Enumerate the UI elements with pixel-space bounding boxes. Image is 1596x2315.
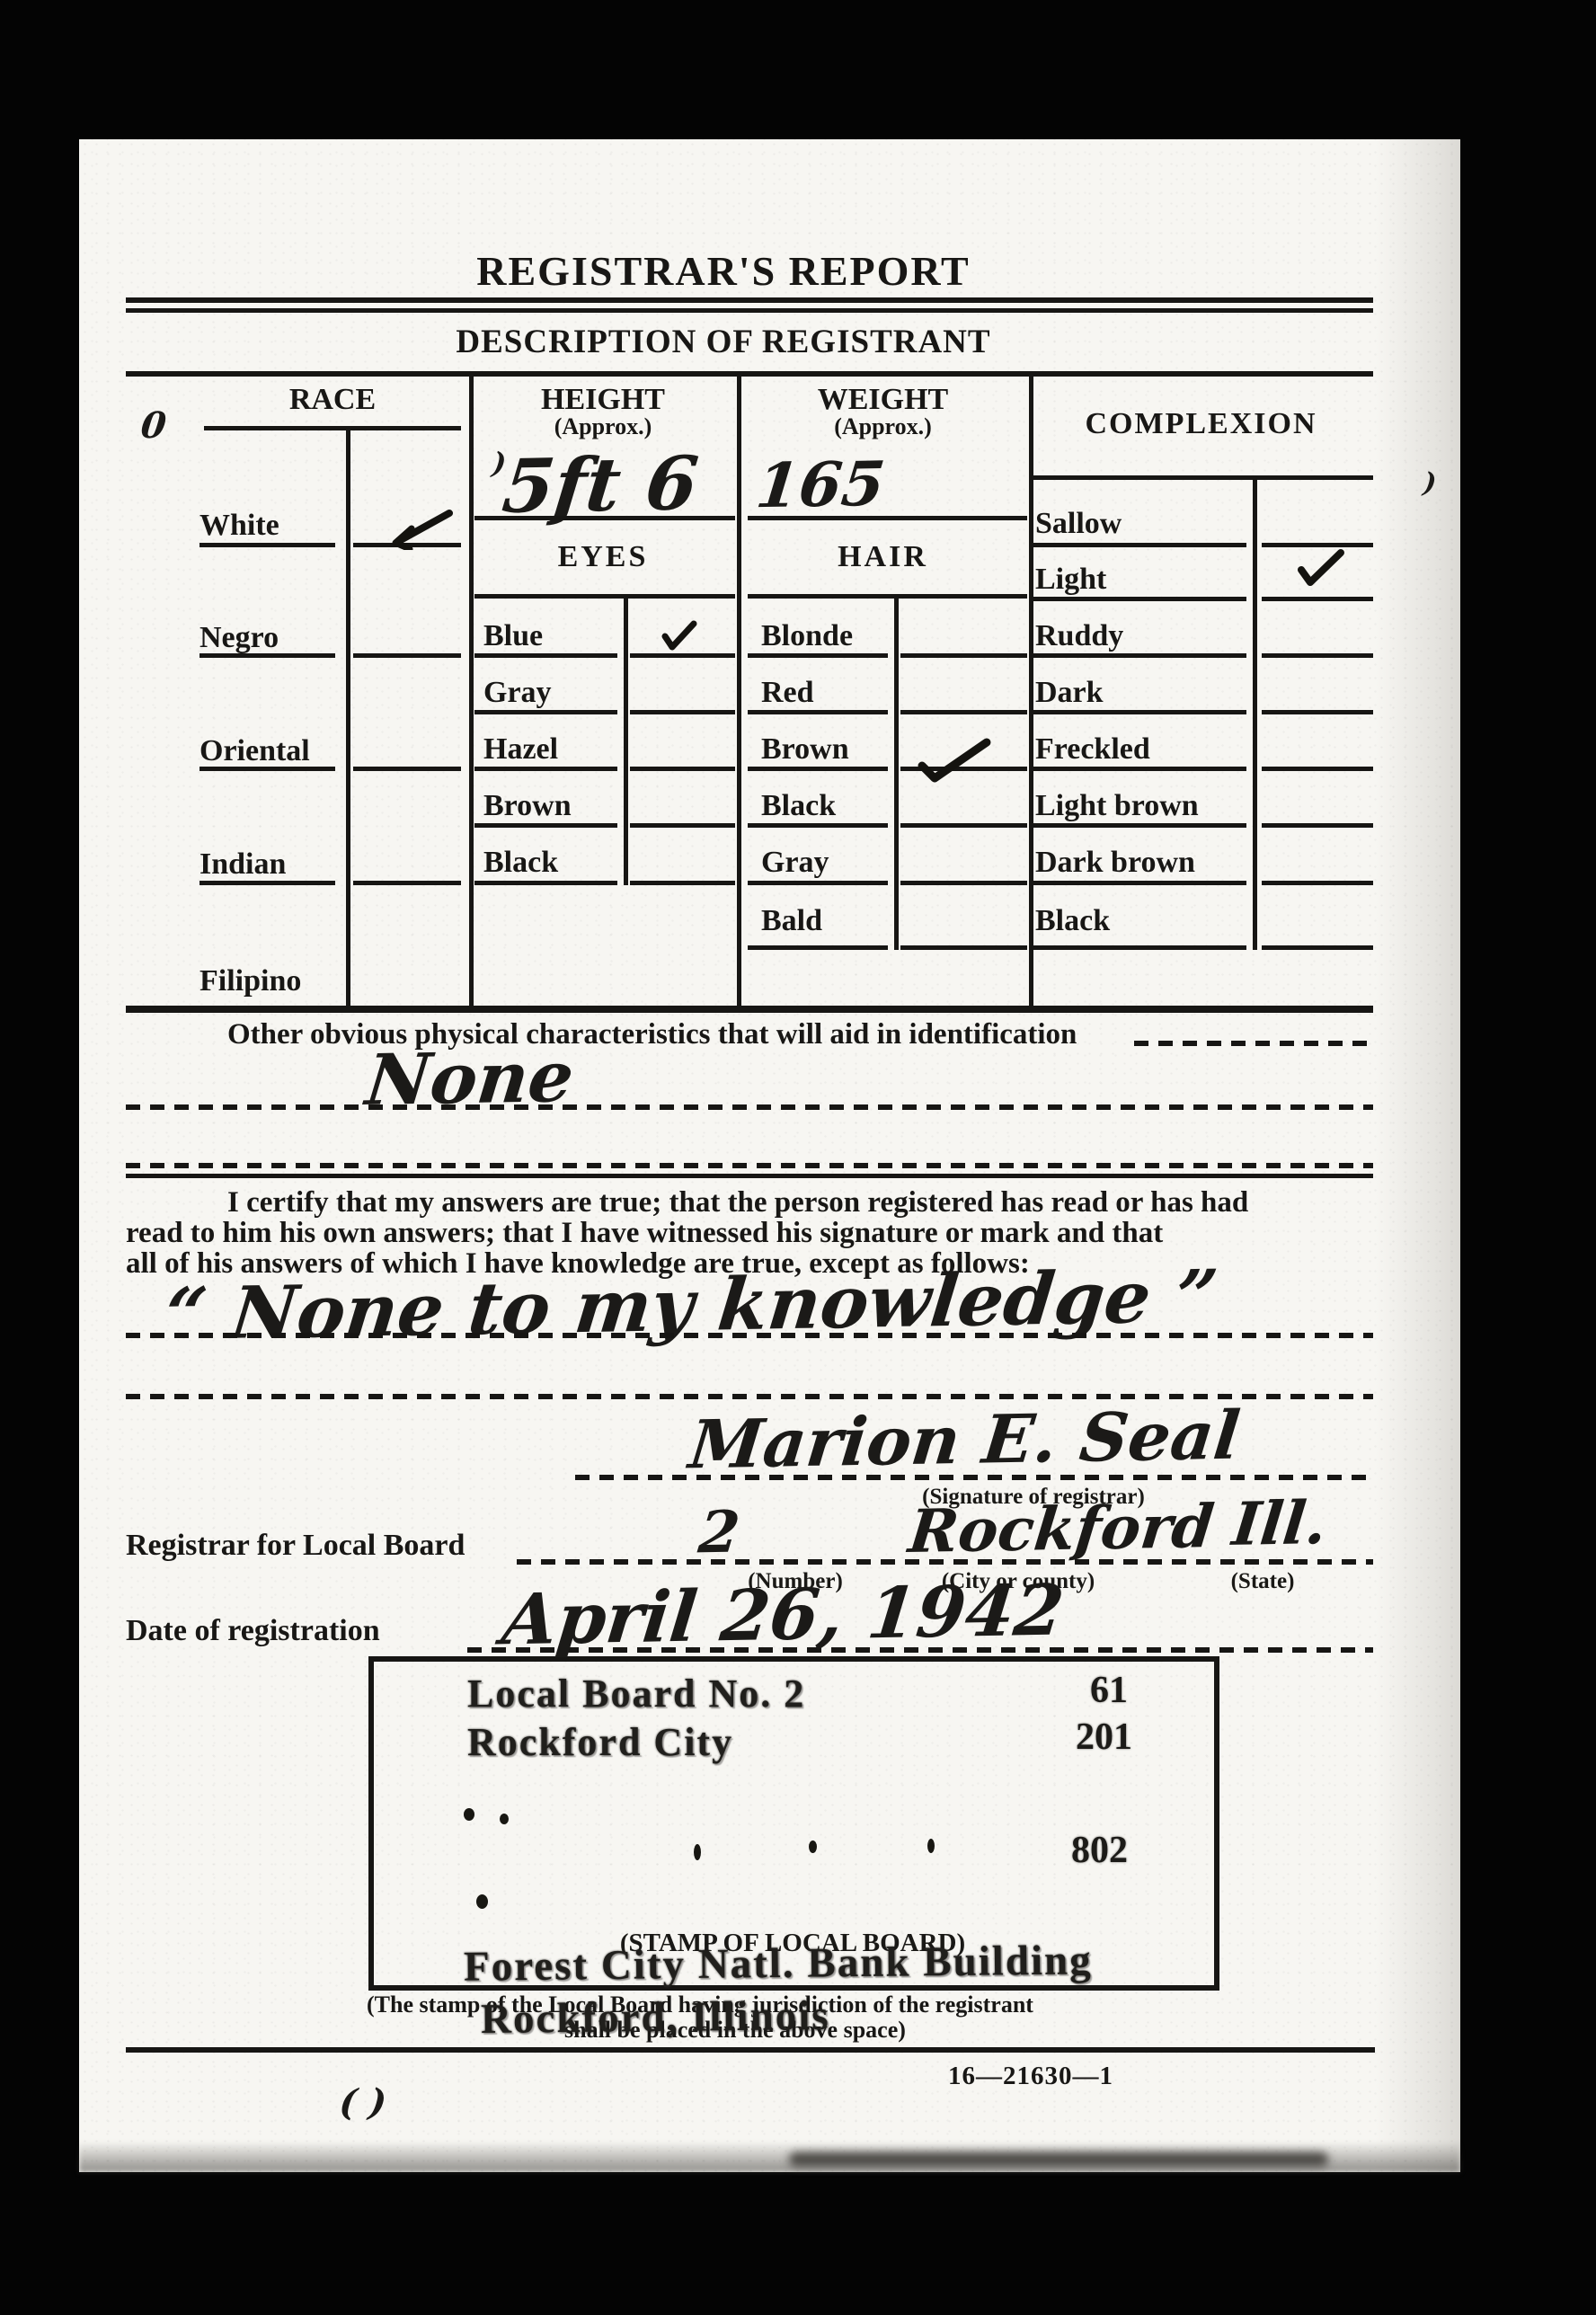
complexion-option-label: Black bbox=[1035, 903, 1110, 939]
table-vline-3 bbox=[1029, 371, 1033, 1012]
blank-line-1 bbox=[126, 1104, 1373, 1110]
height-value-line bbox=[474, 516, 735, 520]
hair-option-label: Red bbox=[761, 675, 814, 711]
eyes-check-underline bbox=[630, 767, 735, 771]
eyes-underline bbox=[474, 881, 617, 885]
table-vline-1 bbox=[469, 371, 474, 1012]
eyes-option-label: Gray bbox=[483, 675, 552, 711]
complexion-check-underline bbox=[1262, 543, 1373, 547]
complexion-check-underline bbox=[1262, 945, 1373, 950]
stamp-box-row1-label: Local Board No. 2 bbox=[467, 1672, 805, 1716]
ink-speck bbox=[927, 1839, 935, 1853]
ink-speck bbox=[464, 1808, 474, 1821]
other-characteristics-label: Other obvious physical characteristics t… bbox=[227, 1016, 1077, 1052]
race-check-underline bbox=[353, 767, 461, 771]
hair-underline bbox=[748, 945, 888, 950]
complexion-option-label: Dark bbox=[1035, 675, 1104, 711]
ink-speck bbox=[694, 1844, 701, 1860]
stamp-line-1: Forest City Natl. Bank Building bbox=[464, 1938, 1093, 1989]
eyes-option-label: Blue bbox=[483, 618, 543, 654]
stamp-line-2: Rockford, Illinois bbox=[481, 1993, 830, 2042]
eyes-underline bbox=[474, 823, 617, 828]
complexion-underline bbox=[1029, 881, 1246, 885]
title-rule-top bbox=[126, 297, 1373, 303]
scan-bottom-smudge bbox=[789, 2152, 1328, 2167]
race-header-rule bbox=[204, 426, 461, 430]
registrar-board-label: Registrar for Local Board bbox=[126, 1528, 465, 1564]
eyes-underline bbox=[474, 653, 617, 658]
eyes-check-underline bbox=[630, 823, 735, 828]
complexion-top-rule bbox=[1029, 475, 1373, 480]
table-vline-2 bbox=[737, 371, 741, 1012]
complexion-underline bbox=[1029, 543, 1246, 547]
hair-check-underline bbox=[900, 710, 1027, 714]
complexion-check-underline bbox=[1262, 767, 1373, 771]
race-underline bbox=[199, 767, 335, 771]
race-option-label: Oriental bbox=[199, 733, 310, 769]
section-divider-rule bbox=[126, 1174, 1373, 1178]
eyes-blue-checkmark bbox=[660, 620, 699, 652]
ink-speck bbox=[476, 1894, 488, 1909]
race-check-underline bbox=[353, 881, 461, 885]
complexion-option-label: Sallow bbox=[1035, 506, 1122, 542]
complexion-option-label: Light brown bbox=[1035, 788, 1199, 824]
race-underline bbox=[199, 881, 335, 885]
race-underline bbox=[199, 543, 335, 547]
hair-underline bbox=[748, 710, 888, 714]
board-state-handwriting: Ill. bbox=[1229, 1487, 1330, 1559]
race-option-label: Indian bbox=[199, 847, 286, 883]
complexion-option-label: Freckled bbox=[1035, 732, 1150, 767]
height-approx-label: (Approx.) bbox=[469, 413, 737, 440]
signature-line bbox=[575, 1475, 1373, 1480]
hair-brown-checkmark bbox=[915, 735, 996, 785]
scanned-registration-card: REGISTRAR'S REPORT DESCRIPTION OF REGIST… bbox=[0, 0, 1596, 2315]
bottom-rule bbox=[126, 2047, 1375, 2053]
race-underline bbox=[199, 653, 335, 658]
hair-underline bbox=[748, 767, 888, 771]
stamp-box-row1-value: 61 bbox=[1029, 1670, 1128, 1711]
complexion-check-underline bbox=[1262, 653, 1373, 658]
height-header: HEIGHT bbox=[469, 382, 737, 418]
page-title: REGISTRAR'S REPORT bbox=[126, 248, 1321, 295]
eyes-option-label: Black bbox=[483, 845, 558, 881]
registrar-signature-handwriting: Marion E. Seal bbox=[686, 1397, 1244, 1485]
hair-check-underline bbox=[900, 945, 1027, 950]
hair-check-underline bbox=[900, 653, 1027, 658]
hair-option-label: Gray bbox=[761, 845, 829, 881]
hair-option-label: Blonde bbox=[761, 618, 853, 654]
exception-line-1 bbox=[126, 1333, 1373, 1338]
hair-option-label: Black bbox=[761, 788, 836, 824]
board-city-handwriting: Rockford bbox=[906, 1491, 1218, 1566]
hair-underline bbox=[748, 653, 888, 658]
board-state-caption: (State) bbox=[1195, 1569, 1330, 1594]
complexion-underline bbox=[1029, 945, 1246, 950]
race-option-label: Negro bbox=[199, 620, 279, 656]
board-number-handwriting: 2 bbox=[696, 1499, 743, 1567]
race-white-checkmark bbox=[385, 509, 453, 550]
blank-line-2 bbox=[126, 1163, 1373, 1168]
hair-header-rule bbox=[748, 594, 1027, 599]
stamp-box-row2-value: 201 bbox=[1029, 1716, 1132, 1758]
ink-speck bbox=[500, 1814, 509, 1824]
complexion-header: COMPLEXION bbox=[1029, 406, 1373, 442]
complexion-light-checkmark bbox=[1294, 548, 1348, 588]
complexion-option-label: Dark brown bbox=[1035, 845, 1195, 881]
eyes-header-rule bbox=[474, 594, 735, 599]
race-check-divider bbox=[346, 428, 350, 1012]
eyes-check-underline bbox=[630, 653, 735, 658]
stray-mark: ( ) bbox=[337, 2081, 388, 2124]
section-title: DESCRIPTION OF REGISTRANT bbox=[126, 324, 1321, 361]
hair-check-divider bbox=[894, 595, 899, 950]
complexion-check-divider bbox=[1253, 477, 1257, 950]
eyes-check-underline bbox=[630, 881, 735, 885]
eyes-option-label: Hazel bbox=[483, 732, 558, 767]
complexion-underline bbox=[1029, 597, 1246, 601]
hair-option-label: Brown bbox=[761, 732, 849, 767]
complexion-underline bbox=[1029, 710, 1246, 714]
complexion-check-underline bbox=[1262, 710, 1373, 714]
title-rule-bottom bbox=[126, 308, 1373, 313]
stray-mark: 0 bbox=[138, 404, 168, 447]
complexion-option-label: Ruddy bbox=[1035, 618, 1123, 654]
race-option-label: Filipino bbox=[199, 963, 301, 999]
form-number: 16—21630—1 bbox=[948, 2058, 1113, 2094]
weight-approx-label: (Approx.) bbox=[737, 413, 1029, 440]
complexion-underline bbox=[1029, 653, 1246, 658]
hair-header: HAIR bbox=[737, 539, 1029, 575]
eyes-check-underline bbox=[630, 710, 735, 714]
complexion-underline bbox=[1029, 767, 1246, 771]
weight-header: WEIGHT bbox=[737, 382, 1029, 418]
complexion-underline bbox=[1029, 823, 1246, 828]
hair-underline bbox=[748, 823, 888, 828]
table-bottom-rule bbox=[126, 1006, 1373, 1013]
eyes-header: EYES bbox=[469, 539, 737, 575]
registration-date-label: Date of registration bbox=[126, 1613, 380, 1649]
eyes-check-divider bbox=[624, 595, 628, 885]
other-characteristics-trailing-line bbox=[1134, 1041, 1373, 1046]
eyes-underline bbox=[474, 710, 617, 714]
race-option-label: White bbox=[199, 508, 279, 544]
scan-noise-band bbox=[1375, 139, 1460, 2172]
stamp-box-row2-label: Rockford City bbox=[467, 1720, 733, 1765]
hair-check-underline bbox=[900, 823, 1027, 828]
complexion-option-label: Light bbox=[1035, 562, 1106, 598]
eyes-option-label: Brown bbox=[483, 788, 572, 824]
weight-value-line bbox=[748, 516, 1027, 520]
race-header: RACE bbox=[204, 382, 461, 418]
hair-underline bbox=[748, 881, 888, 885]
eyes-underline bbox=[474, 767, 617, 771]
complexion-check-underline bbox=[1262, 881, 1373, 885]
hair-check-underline bbox=[900, 881, 1027, 885]
ink-speck bbox=[809, 1840, 817, 1853]
weight-value-handwriting: 165 bbox=[753, 448, 889, 522]
section-rule bbox=[126, 371, 1373, 377]
registration-date-handwriting: April 26, 1942 bbox=[499, 1570, 1068, 1662]
race-check-underline bbox=[353, 653, 461, 658]
complexion-check-underline bbox=[1262, 823, 1373, 828]
stamp-box-row3-value: 802 bbox=[1029, 1830, 1128, 1871]
hair-option-label: Bald bbox=[761, 903, 822, 939]
complexion-check-underline bbox=[1262, 597, 1373, 601]
